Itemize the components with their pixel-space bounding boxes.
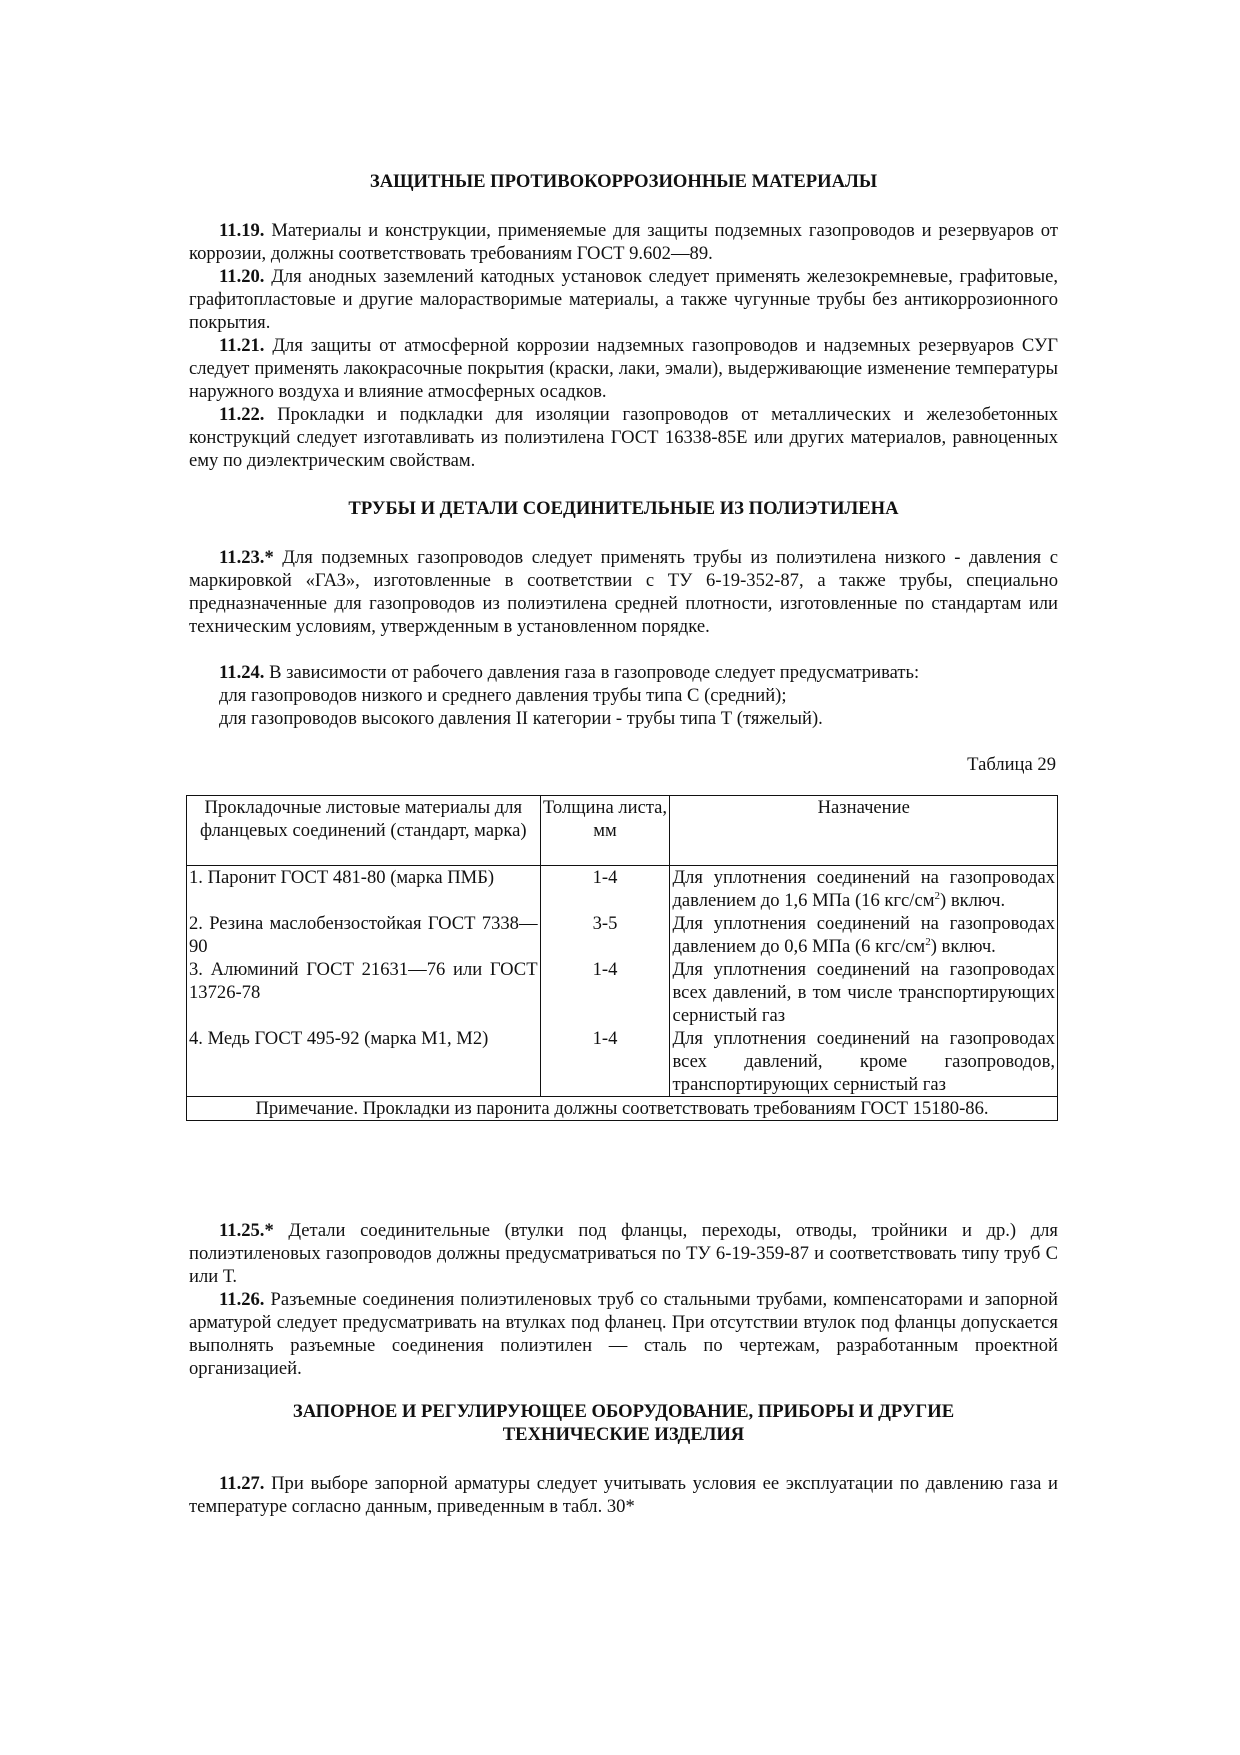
paragraph-11-20: 11.20. Для анодных заземлений катодных у…	[189, 265, 1058, 334]
paragraph-11-26: 11.26. Разъемные соединения полиэтиленов…	[189, 1288, 1058, 1380]
paragraph-11-22: 11.22. Прокладки и подкладки для изоляци…	[189, 403, 1058, 472]
clause-text: При выборе запорной арматуры следует учи…	[189, 1473, 1058, 1517]
clause-number: 11.27.	[219, 1473, 264, 1494]
table-header-row: Прокладочные листовые материалы для флан…	[187, 796, 1058, 866]
clause-text: Разъемные соединения полиэтиленовых труб…	[189, 1289, 1058, 1379]
cell-purpose: Для уплотнения соединений на газопровода…	[670, 866, 1058, 913]
table-row: 3. Алюминий ГОСТ 21631—76 или ГОСТ 13726…	[187, 958, 1058, 1027]
purpose-text: Для уплотнения соединений на газопровода…	[672, 913, 1055, 957]
clause-number: 11.24.	[219, 662, 264, 683]
cell-thickness: 1-4	[540, 1027, 670, 1097]
paragraph-11-24-item-1: для газопроводов низкого и среднего давл…	[219, 684, 787, 707]
paragraph-11-24: 11.24. В зависимости от рабочего давлени…	[189, 661, 1058, 684]
cell-material: 3. Алюминий ГОСТ 21631—76 или ГОСТ 13726…	[187, 958, 541, 1027]
clause-number: 11.25.*	[219, 1220, 274, 1241]
section-heading-equipment-line1: ЗАПОРНОЕ И РЕГУЛИРУЮЩЕЕ ОБОРУДОВАНИЕ, ПР…	[189, 1400, 1058, 1423]
section-heading-anticorrosion: ЗАЩИТНЫЕ ПРОТИВОКОРРОЗИОННЫЕ МАТЕРИАЛЫ	[189, 170, 1058, 193]
purpose-text: Для уплотнения соединений на газопровода…	[672, 959, 1055, 1026]
paragraph-11-25: 11.25.* Детали соединительные (втулки по…	[189, 1219, 1058, 1288]
cell-purpose: Для уплотнения соединений на газопровода…	[670, 958, 1058, 1027]
section-heading-polyethylene: ТРУБЫ И ДЕТАЛИ СОЕДИНИТЕЛЬНЫЕ ИЗ ПОЛИЭТИ…	[189, 497, 1058, 520]
clause-number: 11.26.	[219, 1289, 264, 1310]
table-note-row: Примечание. Прокладки из паронита должны…	[187, 1097, 1058, 1121]
cell-material: 2. Резина маслобензостойкая ГОСТ 7338—90	[187, 912, 541, 958]
cell-purpose: Для уплотнения соединений на газопровода…	[670, 1027, 1058, 1097]
table-caption: Таблица 29	[967, 753, 1056, 776]
gasket-materials-table: Прокладочные листовые материалы для флан…	[186, 795, 1058, 1121]
clause-text: Для подземных газопроводов следует приме…	[189, 547, 1058, 637]
purpose-text-end: ) включ.	[931, 936, 996, 957]
purpose-text-end: ) включ.	[940, 890, 1005, 911]
paragraph-11-19: 11.19. Материалы и конструкции, применяе…	[189, 219, 1058, 265]
clause-text: Для защиты от атмосферной коррозии надзе…	[189, 335, 1058, 402]
clause-number: 11.23.*	[219, 547, 274, 568]
header-thickness: Толщина листа, мм	[540, 796, 670, 866]
clause-text: В зависимости от рабочего давления газа …	[264, 662, 919, 683]
cell-thickness: 1-4	[540, 866, 670, 913]
cell-purpose: Для уплотнения соединений на газопровода…	[670, 912, 1058, 958]
table-note: Примечание. Прокладки из паронита должны…	[187, 1097, 1058, 1121]
clause-number: 11.22.	[219, 404, 264, 425]
paragraph-11-24-item-2: для газопроводов высокого давления II ка…	[219, 707, 823, 730]
clause-number: 11.19.	[219, 220, 264, 241]
table-row: 4. Медь ГОСТ 495-92 (марка М1, М2) 1-4 Д…	[187, 1027, 1058, 1097]
cell-thickness: 3-5	[540, 912, 670, 958]
cell-material: 1. Паронит ГОСТ 481-80 (марка ПМБ)	[187, 866, 541, 913]
cell-material: 4. Медь ГОСТ 495-92 (марка М1, М2)	[187, 1027, 541, 1097]
paragraph-11-27: 11.27. При выборе запорной арматуры след…	[189, 1472, 1058, 1518]
table-row: 1. Паронит ГОСТ 481-80 (марка ПМБ) 1-4 Д…	[187, 866, 1058, 913]
section-heading-equipment-line2: ТЕХНИЧЕСКИЕ ИЗДЕЛИЯ	[189, 1423, 1058, 1446]
clause-text: Материалы и конструкции, применяемые для…	[189, 220, 1058, 264]
clause-number: 11.21.	[219, 335, 264, 356]
clause-text: Прокладки и подкладки для изоляции газоп…	[189, 404, 1058, 471]
header-material: Прокладочные листовые материалы для флан…	[187, 796, 541, 866]
clause-number: 11.20.	[219, 266, 264, 287]
clause-text: Для анодных заземлений катодных установо…	[189, 266, 1058, 333]
purpose-text: Для уплотнения соединений на газопровода…	[672, 1028, 1055, 1095]
clause-text: Детали соединительные (втулки под фланцы…	[189, 1220, 1058, 1287]
paragraph-11-23: 11.23.* Для подземных газопроводов следу…	[189, 546, 1058, 638]
paragraph-11-21: 11.21. Для защиты от атмосферной коррози…	[189, 334, 1058, 403]
header-purpose: Назначение	[670, 796, 1058, 866]
cell-thickness: 1-4	[540, 958, 670, 1027]
table-row: 2. Резина маслобензостойкая ГОСТ 7338—90…	[187, 912, 1058, 958]
